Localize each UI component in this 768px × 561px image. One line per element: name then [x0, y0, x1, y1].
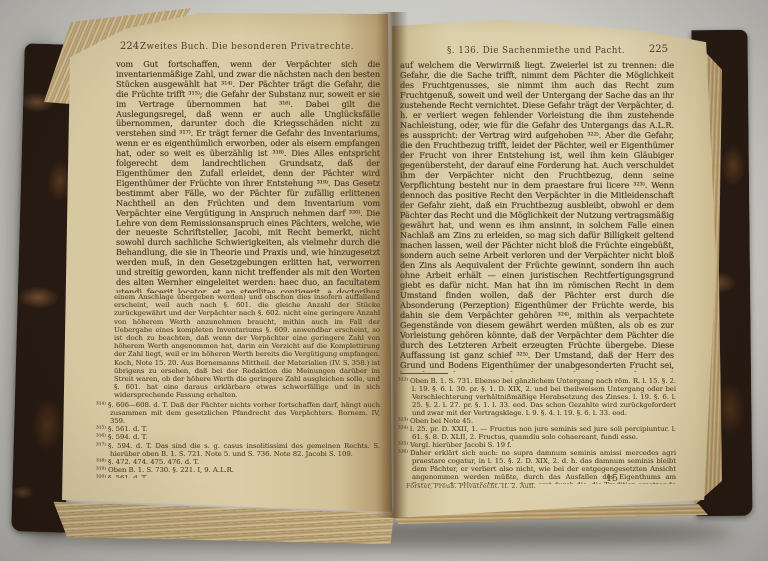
left-page-footnotes: einem Anschlage übergeben werden) und ob…	[96, 293, 380, 478]
left-page-number: 224	[120, 41, 139, 52]
footnote: ³¹⁴⁾§. 606—608. d. T. Daß der Pächter ni…	[96, 401, 380, 426]
footnote: ³²⁴⁾l. 25. pr. D. XXII, 1. — Fructus non…	[398, 425, 676, 441]
right-page-body-text: auf welchem die Verwirrniß liegt. Zweier…	[400, 60, 674, 372]
footnote: ³²⁶⁾Daher erklärt sich auch: ne supra da…	[398, 449, 676, 484]
footnote: ³²⁵⁾Vergl. hierüber Jacobi S. 19 f.	[398, 441, 676, 449]
footnote-continuation: einem Anschlage übergeben werden) und ob…	[96, 293, 380, 400]
right-page-header: §. 136. Die Sachenmiethe und Pacht. 225	[400, 46, 672, 56]
footnote: ³¹⁶⁾§. 594. d. T.	[96, 433, 380, 441]
footnote-separator-rule	[400, 373, 448, 374]
footnote: ³²³⁾Oben bei Note 45.	[398, 417, 676, 425]
publisher-imprint: Förster, Preuß. Privatrecht. II. 2. Aufl…	[406, 483, 536, 490]
left-page-body-text: vom Gut fortschaffen, wenn der Verpächte…	[116, 60, 380, 293]
footnote: ³²²⁾Oben B. 1. S. 731. Ebenso bei gänzli…	[398, 377, 676, 417]
right-page-number: 225	[649, 44, 668, 55]
footnote: ³²⁰⁾§. 561. d. T.	[96, 474, 380, 478]
footnote: ³¹⁷⁾§. 594. d. T. Das sind die s. g. cas…	[96, 442, 380, 458]
signature-mark: 15	[606, 473, 618, 484]
left-running-head: Zweites Buch. Die besonderen Privatrecht…	[116, 42, 378, 52]
right-running-head: §. 136. Die Sachenmiethe und Pacht.	[400, 46, 672, 56]
right-page-footnotes: ³²²⁾Oben B. 1. S. 731. Ebenso bei gänzli…	[398, 377, 676, 484]
left-page-header: 224 Zweites Buch. Die besonderen Privatr…	[116, 42, 378, 52]
